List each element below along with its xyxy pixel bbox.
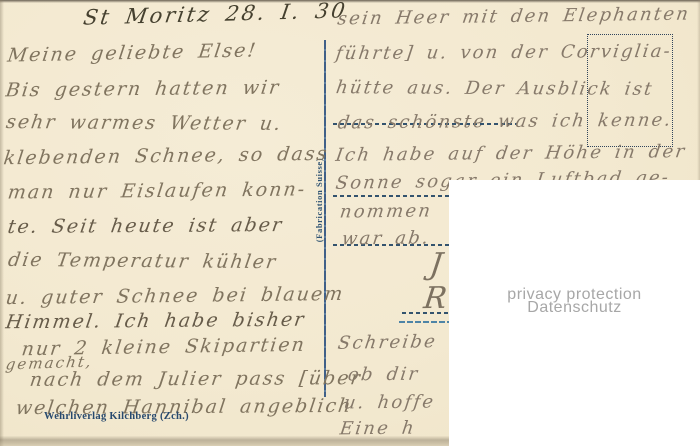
handwriting-line-left-7: die Temperatur kühler bbox=[7, 251, 279, 272]
handwriting-line-right-3: hütte aus. Der Ausblick ist bbox=[335, 79, 655, 99]
handwriting-line-left-2: Bis gestern hatten wir bbox=[5, 79, 282, 101]
handwriting-fragment-ob-dir: ob dir bbox=[347, 366, 421, 385]
handwriting-fragment-u-hoffe: u. hoffe bbox=[343, 394, 437, 413]
handwriting-line-right-5: Ich habe auf der Höhe in der bbox=[334, 143, 687, 165]
handwriting-line-left-8: u. guter Schnee bei blauem bbox=[5, 285, 346, 308]
handwriting-line-right-1: sein Heer mit den Elephanten bbox=[336, 6, 691, 29]
privacy-overlay: privacy protection Datenschutz bbox=[449, 180, 700, 446]
handwriting-fragment-schreibe: Schreibe bbox=[337, 333, 439, 353]
postcard-scan: St Moritz 28. I. 30 Meine geliebte Else!… bbox=[0, 0, 700, 446]
handwriting-line-right-4: das schönste was ich kenne. bbox=[337, 112, 674, 133]
datenschutz-text: Datenschutz bbox=[449, 301, 700, 314]
scan-edge-top bbox=[0, 0, 700, 3]
address-line-5 bbox=[399, 321, 452, 323]
handwriting-line-left-4: klebenden Schnee, so dass bbox=[2, 145, 329, 169]
handwriting-line-left-1: Meine geliebte Else! bbox=[6, 41, 258, 65]
handwriting-line-left-5: man nur Eislaufen konn- bbox=[7, 180, 308, 202]
publisher-imprint: Wehrliverlag Kilchberg (Zch.) bbox=[44, 411, 189, 422]
handwriting-fragment-war-ab: war ab. bbox=[341, 230, 431, 249]
handwriting-line-left-9: Himmel. Ich habe bisher bbox=[4, 311, 306, 333]
handwriting-fragment-nommen: nommen bbox=[339, 203, 433, 222]
handwriting-line-left-11: nach dem Julier pass [über bbox=[29, 369, 363, 390]
handwriting-line-right-2: führte] u. von der Corviglia- bbox=[335, 43, 673, 63]
scan-edge-left bbox=[0, 0, 4, 446]
handwriting-fragment-initial-r: R bbox=[422, 284, 451, 314]
handwriting-line-left-6: te. Seit heute ist aber bbox=[6, 216, 284, 237]
privacy-overlay-text: privacy protection Datenschutz bbox=[449, 288, 700, 314]
handwriting-line-left-3: sehr warmes Wetter u. bbox=[5, 113, 284, 134]
address-line-2 bbox=[333, 195, 453, 197]
